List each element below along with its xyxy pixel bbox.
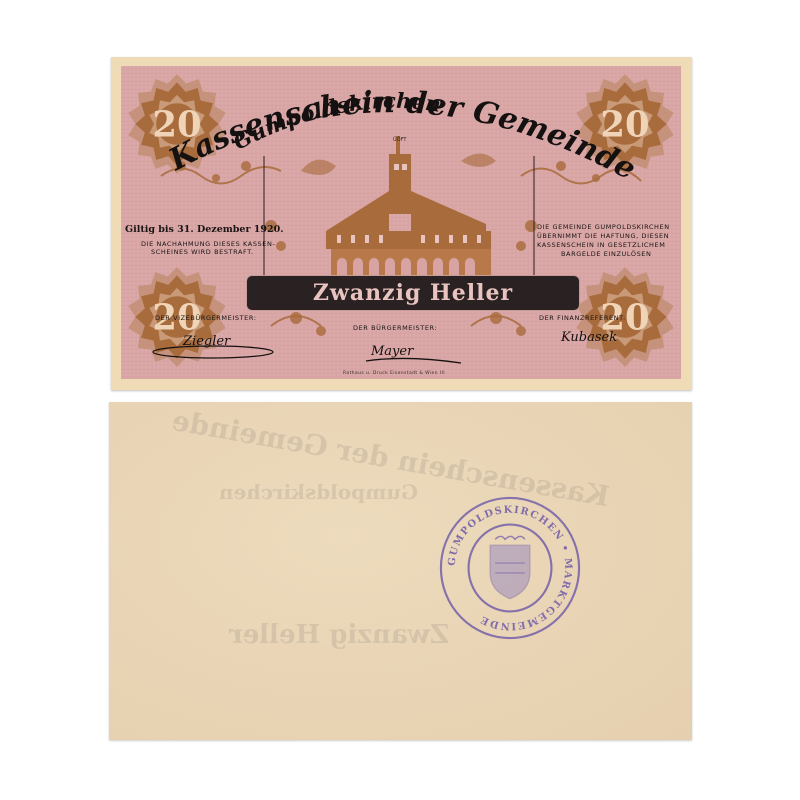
warning-line-2: scheines wird bestraft.: [151, 248, 254, 256]
show-through-denomination: Zwanzig Heller: [229, 620, 449, 650]
show-through-subtitle: Gumpoldskirchen: [219, 480, 418, 504]
liability-line-3: Kassenschein in gesetzlichem: [537, 241, 665, 249]
printer-imprint: Rathaus u. Druck Eisenstadt & Wien III: [343, 371, 445, 376]
banknote-front: 20 20 20 20: [111, 57, 692, 390]
banknote-back: Kassenschein der Gemeinde Gumpoldskirche…: [109, 402, 692, 740]
signature-flourish-left: [149, 340, 279, 364]
signature-flourish-center: [361, 353, 471, 367]
denomination-banner: Zwanzig Heller: [249, 278, 577, 308]
signatory-role-mayor: Der Bürgermeister:: [353, 324, 437, 332]
signature-finance: Kubasek: [561, 330, 617, 345]
small-mark: ÜÖFT: [393, 136, 407, 143]
title-text: Kassenschein der Gemeinde Gumpoldskirche…: [121, 66, 681, 206]
liability-line-4: Bargelde einzulösen: [561, 250, 651, 258]
signatory-role-vice-mayor: Der Vizebürgermeister:: [155, 314, 257, 322]
warning-line-1: Die Nachahmung dieses Kassen-: [141, 240, 275, 248]
liability-line-2: übernimmt die Haftung, diesen: [537, 232, 669, 240]
validity-text: Giltig bis 31. Dezember 1920.: [125, 224, 284, 235]
liability-line-1: Die Gemeinde Gumpoldskirchen: [537, 223, 670, 231]
signatory-role-finance: Der Finanzreferent:: [539, 314, 626, 322]
front-panel: 20 20 20 20: [121, 66, 681, 379]
municipal-seal-stamp: GUMPOLDSKIRCHEN • MARKTGEMEINDE: [436, 494, 584, 642]
